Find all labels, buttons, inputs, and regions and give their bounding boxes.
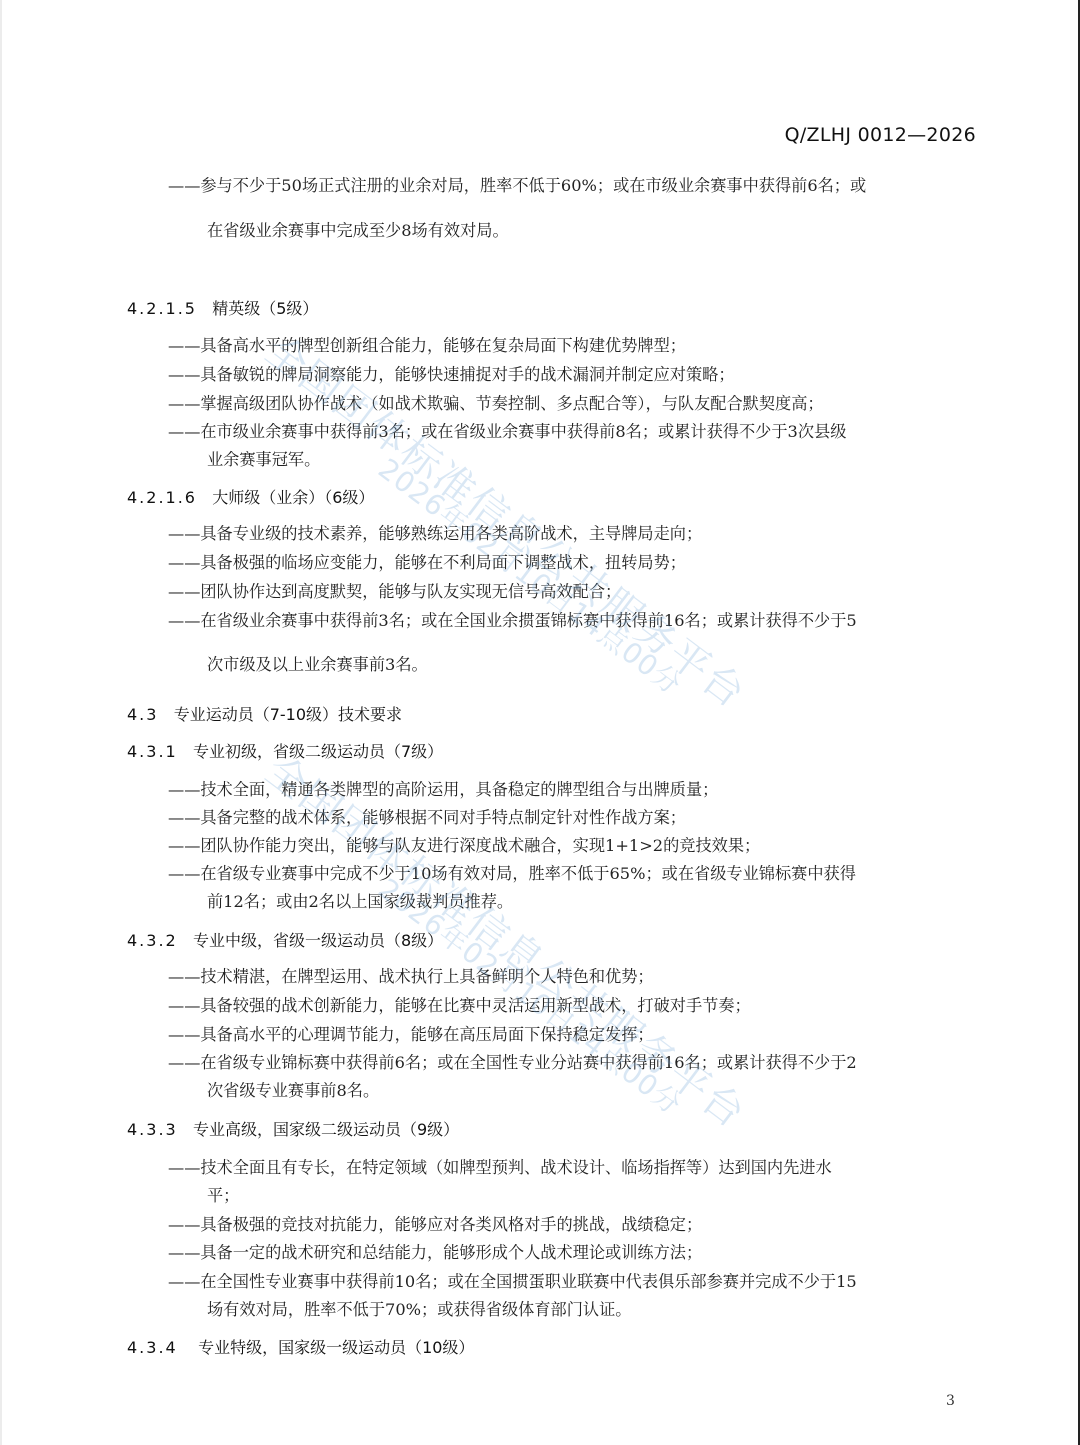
list-item: ——技术精湛，在牌型运用、战术执行上具备鲜明个人特色和优势； (168, 963, 654, 987)
section-title: 专业特级，国家级一级运动员（10级） (198, 1338, 474, 1357)
section-heading-4-2-1-5: 4.2.1.5 精英级（5级） (127, 296, 318, 319)
section-title: 大师级（业余）（6级） (212, 488, 374, 507)
list-item-continuation: 业余赛事冠军。 (207, 446, 320, 470)
list-item-continuation: 场有效对局，胜率不低于70%；或获得省级体育部门认证。 (207, 1296, 631, 1320)
list-item: ——具备高水平的牌型创新组合能力，能够在复杂局面下构建优势牌型； (168, 332, 686, 356)
section-heading-4-2-1-6: 4.2.1.6 大师级（业余）（6级） (127, 485, 374, 508)
document-code: Q/ZLHJ 0012—2026 (785, 124, 976, 146)
section-heading-4-3-4: 4.3.4 专业特级，国家级一级运动员（10级） (127, 1335, 474, 1358)
list-item: ——具备敏锐的牌局洞察能力，能够快速捕捉对手的战术漏洞并制定应对策略； (168, 361, 735, 385)
section-number: 4.3.4 (127, 1338, 178, 1357)
list-item: ——在省级业余赛事中获得前3名；或在全国业余掼蛋锦标赛中获得前16名；或累计获得… (168, 607, 857, 631)
list-item: ——技术全面，精通各类牌型的高阶运用，具备稳定的牌型组合与出牌质量； (168, 776, 718, 800)
section-title: 精英级（5级） (212, 299, 318, 318)
list-item: ——掌握高级团队协作战术（如战术欺骗、节奏控制、多点配合等），与队友配合默契度高… (168, 390, 824, 414)
list-item: ——团队协作达到高度默契，能够与队友实现无信号高效配合； (168, 578, 621, 602)
section-title: 专业高级，国家级二级运动员（9级） (193, 1120, 459, 1139)
list-item: ——具备极强的竞技对抗能力，能够应对各类风格对手的挑战，战绩稳定； (168, 1211, 702, 1235)
list-item: ——在省级专业锦标赛中获得前6名；或在全国性专业分站赛中获得前16名；或累计获得… (168, 1049, 857, 1073)
section-heading-4-3-3: 4.3.3 专业高级，国家级二级运动员（9级） (127, 1117, 459, 1140)
section-heading-4-3: 4.3 专业运动员（7-10级）技术要求 (127, 702, 402, 725)
list-item: ——具备极强的临场应变能力，能够在不利局面下调整战术，扭转局势； (168, 549, 686, 573)
page-left-edge (0, 0, 2, 1445)
section-number: 4.3.2 (127, 931, 178, 950)
page-number: 3 (946, 1393, 955, 1409)
list-item-continuation: 在省级业余赛事中完成至少8场有效对局。 (207, 217, 509, 241)
section-title: 专业运动员（7-10级）技术要求 (174, 705, 402, 724)
section-number: 4.3 (127, 705, 158, 724)
list-item: ——具备专业级的技术素养，能够熟练运用各类高阶战术，主导牌局走向； (168, 520, 702, 544)
list-item: ——具备高水平的心理调节能力，能够在高压局面下保持稳定发挥； (168, 1021, 654, 1045)
list-item: ——在市级业余赛事中获得前3名；或在省级业余赛事中获得前8名；或累计获得不少于3… (168, 418, 846, 442)
list-item: ——具备完整的战术体系，能够根据不同对手特点制定针对性作战方案； (168, 804, 686, 828)
section-heading-4-3-1: 4.3.1 专业初级，省级二级运动员（7级） (127, 739, 443, 762)
section-heading-4-3-2: 4.3.2 专业中级，省级一级运动员（8级） (127, 928, 443, 951)
section-number: 4.2.1.6 (127, 488, 197, 507)
document-page: Q/ZLHJ 0012—2026 ——参与不少于50场正式注册的业余对局，胜率不… (0, 0, 1080, 1445)
list-item-continuation: 前12名；或由2名以上国家级裁判员推荐。 (207, 888, 513, 912)
section-title: 专业初级，省级二级运动员（7级） (193, 742, 443, 761)
list-item-continuation: 平； (207, 1182, 239, 1206)
list-item: ——在省级专业赛事中完成不少于10场有效对局，胜率不低于65%；或在省级专业锦标… (168, 860, 856, 884)
list-item-continuation: 次省级专业赛事前8名。 (207, 1077, 379, 1101)
list-item-continuation: 次市级及以上业余赛事前3名。 (207, 651, 428, 675)
list-item: ——在全国性专业赛事中获得前10名；或在全国掼蛋职业联赛中代表俱乐部参赛并完成不… (168, 1268, 857, 1292)
list-item: ——参与不少于50场正式注册的业余对局，胜率不低于60%；或在市级业余赛事中获得… (168, 172, 866, 196)
section-title: 专业中级，省级一级运动员（8级） (193, 931, 443, 950)
section-number: 4.3.3 (127, 1120, 178, 1139)
list-item: ——技术全面且有专长，在特定领域（如牌型预判、战术设计、临场指挥等）达到国内先进… (168, 1154, 832, 1178)
list-item: ——具备一定的战术研究和总结能力，能够形成个人战术理论或训练方法； (168, 1239, 702, 1263)
section-number: 4.3.1 (127, 742, 178, 761)
list-item: ——团队协作能力突出，能够与队友进行深度战术融合，实现1+1>2的竞技效果； (168, 832, 760, 856)
section-number: 4.2.1.5 (127, 299, 197, 318)
list-item: ——具备较强的战术创新能力，能够在比赛中灵活运用新型战术，打破对手节奏； (168, 992, 751, 1016)
